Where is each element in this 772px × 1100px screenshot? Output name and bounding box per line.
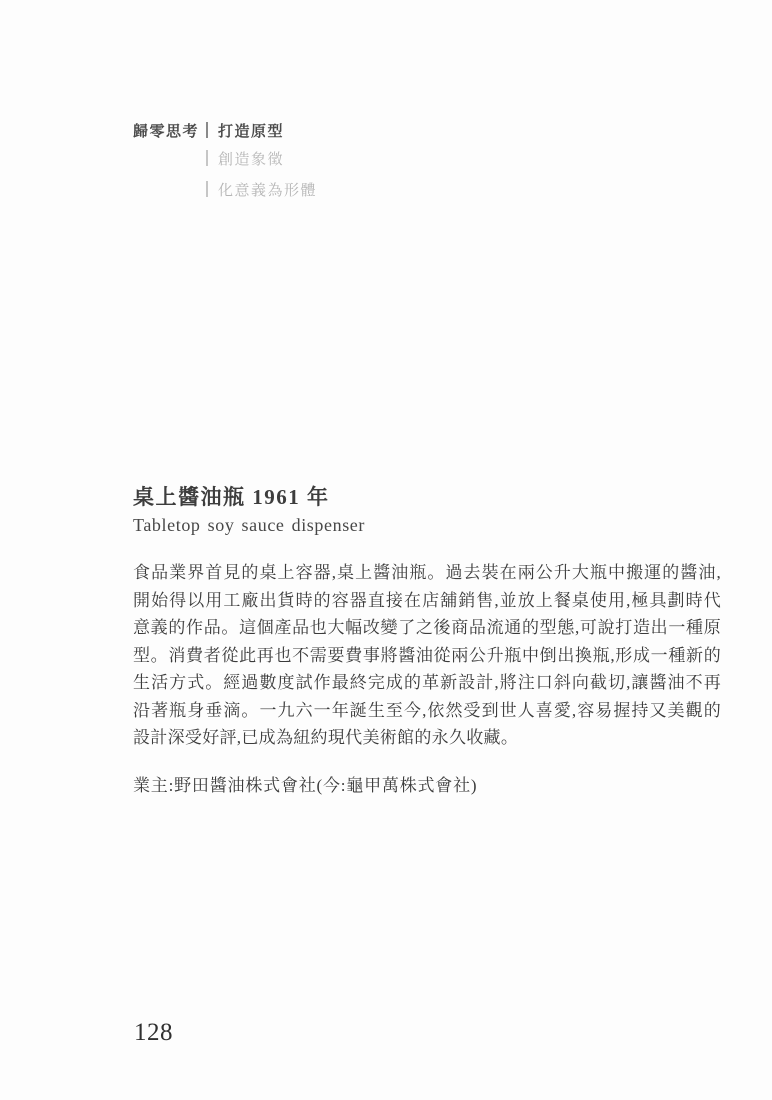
body-text-line: 生活方式。經過數度試作最終完成的革新設計,將注口斜向截切,讓醬油不再 <box>133 669 721 697</box>
article-title-en: Tabletop soy sauce dispenser <box>133 515 365 536</box>
body-text-line: 設計深受好評,已成為紐約現代美術館的永久收藏。 <box>133 724 721 752</box>
chapter-header: 歸零思考 打造原型 創造象徵 化意義為形體 <box>133 116 317 203</box>
page-number: 128 <box>134 1019 173 1047</box>
chapter-divider-bar <box>206 181 208 197</box>
article-title-block: 桌上醬油瓶 1961 年 Tabletop soy sauce dispense… <box>133 481 365 536</box>
article-title-zh: 桌上醬油瓶 1961 年 <box>133 481 365 511</box>
chapter-item-active: 打造原型 <box>218 120 284 141</box>
body-text-line: 沿著瓶身垂滴。一九六一年誕生至今,依然受到世人喜愛,容易握持又美觀的 <box>133 697 721 725</box>
book-page: 歸零思考 打造原型 創造象徵 化意義為形體 桌上醬油瓶 1961 年 Table… <box>0 0 772 1100</box>
chapter-row-inactive-2: 化意義為形體 <box>133 175 317 203</box>
chapter-row-inactive-1: 創造象徵 <box>133 144 317 172</box>
body-text-line: 開始得以用工廠出貨時的容器直接在店舖銷售,並放上餐桌使用,極具劃時代 <box>133 587 721 615</box>
article-body: 食品業界首見的桌上容器,桌上醬油瓶。過去裝在兩公升大瓶中搬運的醬油, 開始得以用… <box>133 559 721 752</box>
body-text-line: 型。消費者從此再也不需要費事將醬油從兩公升瓶中倒出換瓶,形成一種新的 <box>133 642 721 670</box>
chapter-divider-bar <box>206 150 208 166</box>
chapter-divider-bar <box>206 122 208 138</box>
chapter-row-active: 歸零思考 打造原型 <box>133 116 317 144</box>
body-text-line: 食品業界首見的桌上容器,桌上醬油瓶。過去裝在兩公升大瓶中搬運的醬油, <box>133 559 721 587</box>
series-title-label: 歸零思考 <box>133 120 206 141</box>
body-text-line: 意義的作品。這個產品也大幅改變了之後商品流通的型態,可說打造出一種原 <box>133 614 721 642</box>
client-credit-line: 業主:野田醬油株式會社(今:龜甲萬株式會社) <box>133 771 477 796</box>
chapter-item-inactive: 化意義為形體 <box>218 179 317 200</box>
chapter-item-inactive: 創造象徵 <box>218 148 284 169</box>
